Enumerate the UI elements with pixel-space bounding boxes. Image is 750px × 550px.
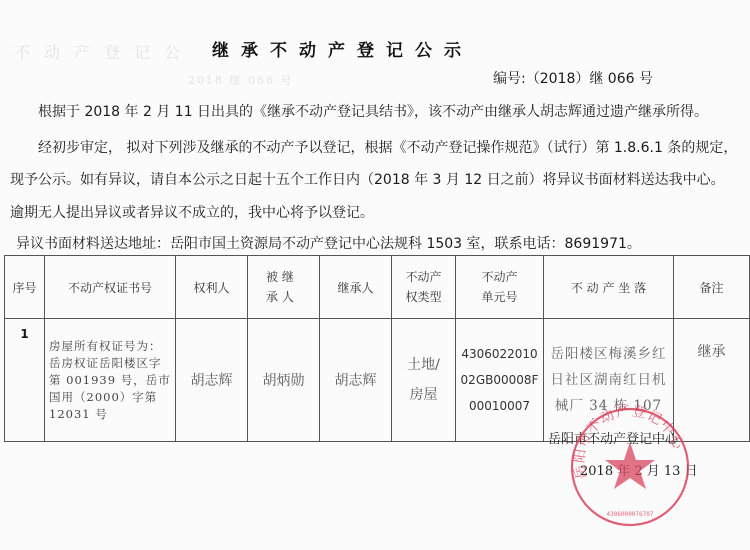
header-right-type: 不动产 权类型 <box>392 256 456 319</box>
bleed-through-text: 2018 继 066 号 <box>188 72 293 88</box>
cell-right-holder: 胡志辉 <box>176 319 248 442</box>
paragraph-review: 经初步审定， 拟对下列涉及继承的不动产予以登记，根据《不动产登记操作规范》（试行… <box>38 137 737 157</box>
header-seq: 序号 <box>5 256 45 319</box>
svg-text:4306000076707: 4306000076707 <box>607 511 654 518</box>
cell-location: 岳阳楼区梅溪乡红 日社区湖南红日机 械厂 34 栋 107 <box>544 319 674 442</box>
header-cert-no: 不动产权证书号 <box>45 256 176 319</box>
objection-address: 异议书面材料送达地址：岳阳市国土资源局不动产登记中心法规科 1503 室，联系电… <box>16 233 641 253</box>
paragraph-basis: 根据于 2018 年 2 月 11 日出具的《继承不动产登记具结书》，该不动产由… <box>38 101 708 121</box>
document-number: 编号:（2018）继 066 号 <box>493 68 653 88</box>
header-location: 不 动 产 坐 落 <box>544 256 674 319</box>
cell-cert-no: 房屋所有权证号为：岳房权证岳阳楼区字第 001939 号，岳市国用（2000）字… <box>45 319 176 442</box>
header-remark: 备注 <box>674 256 750 319</box>
cell-right-type: 土地/ 房屋 <box>392 319 456 442</box>
header-heir: 继承人 <box>320 256 392 319</box>
table-row: 1 房屋所有权证号为：岳房权证岳阳楼区字第 001939 号，岳市国用（2000… <box>5 319 750 442</box>
cell-unit-no: 4306022010 02GB00008F 00010007 <box>456 319 544 442</box>
header-right-holder: 权利人 <box>176 256 248 319</box>
issuer-signature: 岳阳市不动产登记中心 <box>548 428 678 447</box>
cell-remark: 继承 <box>674 319 750 442</box>
paragraph-notice: 现予公示。如有异议，请自本公示之日起十五个工作日内（2018 年 3 月 12 … <box>10 169 725 189</box>
registration-table: 序号 不动产权证书号 权利人 被 继 承 人 继承人 不动产 权类型 不动产 单… <box>4 255 750 442</box>
header-decedent: 被 继 承 人 <box>248 256 320 319</box>
bleed-through-text: 不动产登记公 <box>14 40 194 63</box>
cell-heir: 胡志辉 <box>320 319 392 442</box>
paragraph-deadline: 逾期无人提出异议或者异议不成立的，我中心将予以登记。 <box>10 202 374 222</box>
page-title: 继承不动产登记公示 <box>212 36 473 61</box>
cell-decedent: 胡炳勋 <box>248 319 320 442</box>
table-header-row: 序号 不动产权证书号 权利人 被 继 承 人 继承人 不动产 权类型 不动产 单… <box>5 256 750 319</box>
issue-date: 2018 年 2 月 13 日 <box>580 460 698 479</box>
cell-seq: 1 <box>5 319 45 442</box>
header-unit-no: 不动产 单元号 <box>456 256 544 319</box>
